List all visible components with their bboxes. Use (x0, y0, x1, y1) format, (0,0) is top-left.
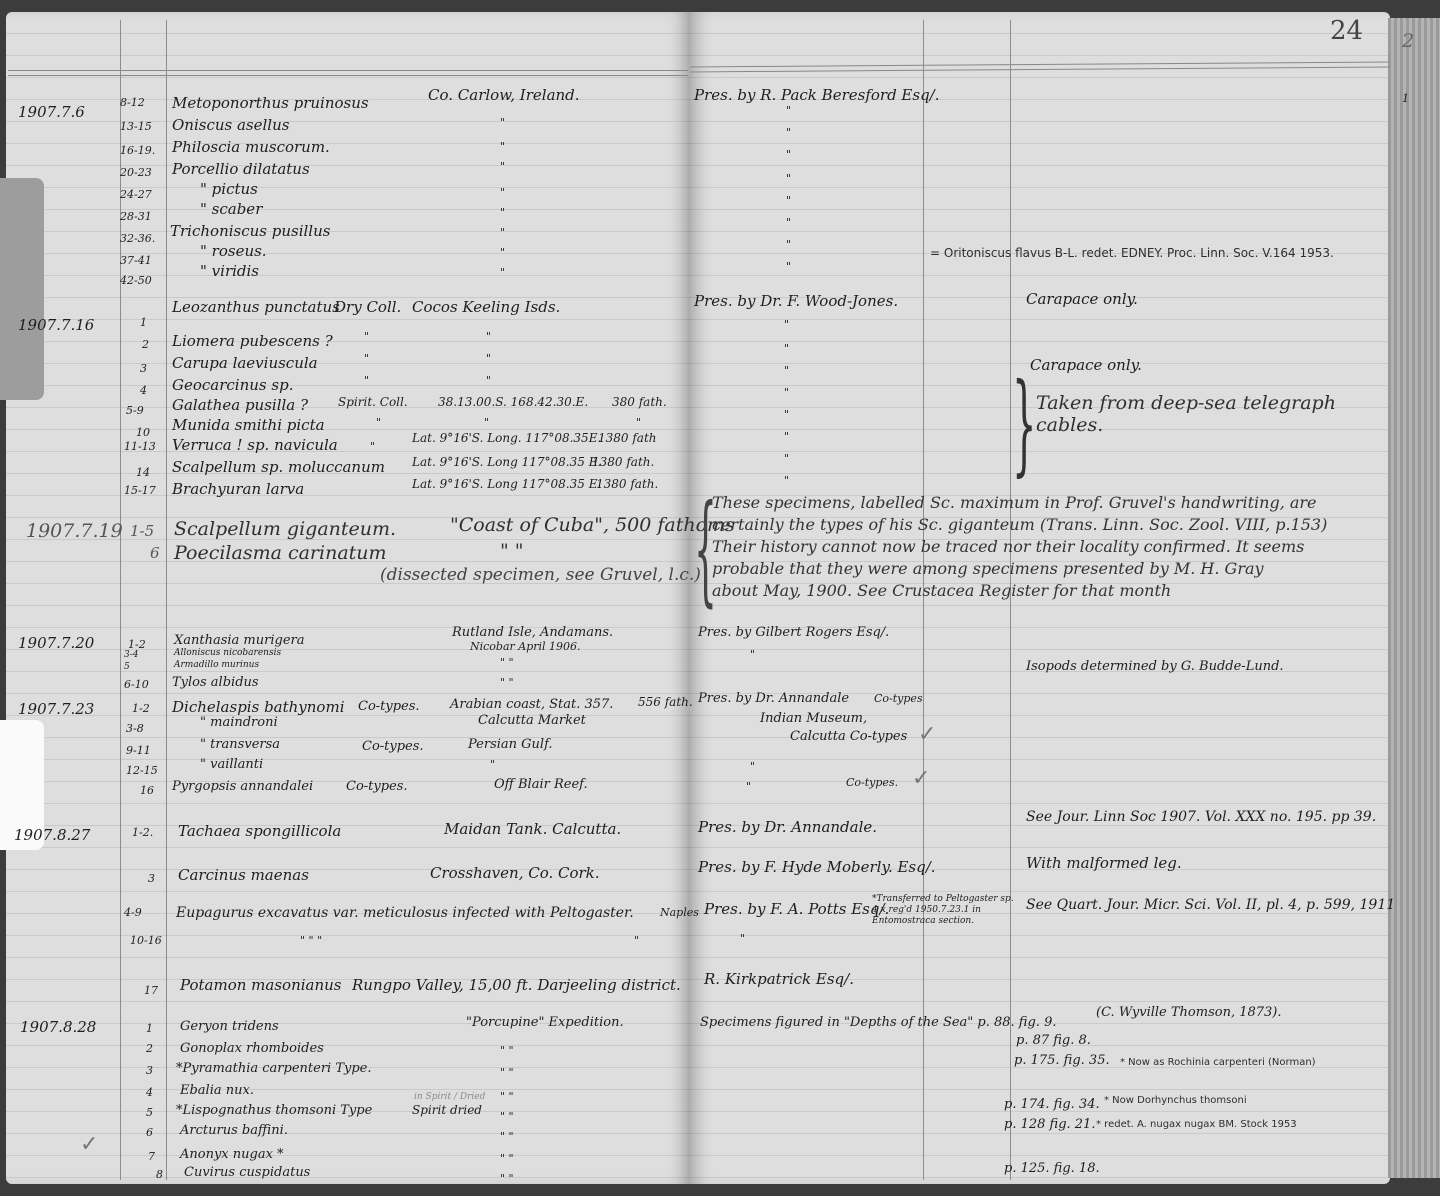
bracket: } (1012, 368, 1037, 478)
donor: Pres. by R. Pack Beresford Esq/. (694, 86, 940, 104)
reg-number: 4-9 (124, 906, 142, 919)
entry-date: 1907.7.20 (18, 634, 94, 652)
ditto-locality: " (500, 206, 505, 219)
next-page-number: 2 (1402, 30, 1414, 52)
species-name: Porcellio dilatatus (172, 160, 310, 178)
species-name: Trichoniscus pusillus (170, 222, 330, 240)
donor: R. Kirkpatrick Esq/. (704, 970, 854, 988)
species-name: Liomera pubescens ? (172, 332, 333, 350)
species-name: " scaber (200, 200, 262, 218)
figure-ref: p. 125. fig. 18. (1004, 1162, 1100, 1175)
remark: (C. Wyville Thomson, 1873). (1096, 1006, 1282, 1019)
ditto: " (364, 352, 369, 365)
locality: Nicobar April 1906. (470, 640, 581, 653)
preservation: Spirit dried (412, 1104, 482, 1117)
donor-column-line (923, 20, 924, 1180)
figure-ref: p. 128 fig. 21. (1004, 1118, 1095, 1131)
ditto: " (486, 330, 491, 343)
sub-note: (dissected specimen, see Gruvel, l.c.) (380, 566, 701, 584)
ditto-locality: " (500, 116, 505, 129)
donor: Pres. by F. Hyde Moberly. Esq/. (698, 858, 936, 876)
checkmark-icon: ✓ (912, 766, 930, 791)
remark: * Now Dorhynchus thomsoni (1104, 1094, 1247, 1107)
species-name: " roseus. (200, 242, 267, 260)
ditto: " (750, 648, 755, 661)
ditto: " (486, 352, 491, 365)
entry-date: 1907.7.6 (18, 103, 85, 121)
locality: Co. Carlow, Ireland. (428, 86, 580, 104)
ditto-donor: " (786, 238, 791, 251)
entry-date: 1907.8.27 (14, 826, 90, 844)
preservation: Dry Coll. (334, 298, 401, 316)
species-name: Eupagurus excavatus var. meticulosus inf… (176, 904, 634, 922)
reg-number: 37-41 (120, 254, 152, 267)
entry-date: 1907.8.28 (20, 1018, 96, 1036)
type-status: Co-types. (362, 740, 424, 753)
ditto-locality: " (500, 226, 505, 239)
ditto: " (746, 780, 751, 793)
ditto: " (784, 342, 789, 355)
remark: Carapace only. (1026, 290, 1138, 308)
donor: Calcutta Co-types (790, 730, 907, 743)
ditto: " " (500, 1110, 514, 1123)
remark: * redet. A. nugax nugax BM. Stock 1953 (1096, 1118, 1297, 1131)
ditto-donor: " (786, 216, 791, 229)
reg-number: 7 (148, 1150, 155, 1163)
locality: "Coast of Cuba", 500 fathoms (450, 514, 735, 536)
species-name: Philoscia muscorum. (172, 138, 330, 156)
ditto: " " " (300, 934, 322, 947)
reg-number: 4 (146, 1086, 153, 1099)
reg-number: 16-19. (120, 144, 155, 157)
species-name: Munida smithi picta (172, 416, 325, 434)
species-name: Carcinus maenas (178, 866, 309, 884)
reg-number: 1-5 (130, 522, 154, 540)
remark: With malformed leg. (1026, 854, 1182, 872)
preservation: Spirit. Coll. (338, 396, 408, 409)
depth: 1380 fath. (596, 478, 658, 491)
ditto: " (784, 430, 789, 443)
note-line: Their history cannot now be traced nor t… (712, 538, 1304, 556)
ditto-donor: " (786, 148, 791, 161)
margin-mark: 1 (1402, 92, 1409, 105)
locality: Rutland Isle, Andamans. (452, 626, 613, 639)
locality: Off Blair Reef. (494, 778, 588, 791)
locality: Maidan Tank. Calcutta. (444, 820, 621, 838)
reg-number: 11-13 (124, 440, 156, 453)
reg-number: 6-10 (124, 678, 149, 691)
species-name: Cuvirus cuspidatus (184, 1166, 310, 1179)
ditto: " " (500, 1090, 514, 1103)
reg-number: 20-23 (120, 166, 152, 179)
page-number: 24 (1330, 16, 1363, 46)
reg-number: 32-36. (120, 232, 155, 245)
donor-note: Co-types. (846, 776, 898, 789)
entry-date: 1907.7.23 (18, 700, 94, 718)
ditto: " (484, 416, 489, 429)
figure-ref: p. 87 fig. 8. (1016, 1034, 1091, 1047)
ditto-donor: " (786, 126, 791, 139)
reg-number: 2 (146, 1042, 153, 1055)
locality: Lat. 9°16'S. Long 117°08.35 E. (412, 478, 601, 491)
reg-number: 42-50 (120, 274, 152, 287)
ditto: " (740, 932, 745, 945)
ditto: " (784, 408, 789, 421)
species-name: *Pyramathia carpenteri Type. (176, 1062, 372, 1075)
locality: Arabian coast, Stat. 357. (450, 698, 613, 711)
locality: Lat. 9°16'S. Long 117°08.35 E. (412, 456, 601, 469)
ditto-donor: " (786, 194, 791, 207)
entry-date: 1907.7.16 (18, 316, 94, 334)
donor: Pres. by Dr. Annandale (698, 692, 849, 705)
ditto: " (784, 386, 789, 399)
donor: Pres. by Gilbert Rogers Esq/. (698, 626, 889, 639)
ditto-locality: " (500, 140, 505, 153)
depth: 1380 fath (598, 432, 657, 445)
ditto-locality: " (500, 266, 505, 279)
remark: * Now as Rochinia carpenteri (Norman) (1120, 1056, 1316, 1069)
ditto-donor: " (786, 260, 791, 273)
note-line: about May, 1900. See Crustacea Register … (712, 582, 1171, 600)
species-name: " pictus (200, 180, 258, 198)
donor-note: Co-types (874, 692, 923, 705)
species-name: Armadillo murinus (174, 660, 259, 671)
ditto: " " (500, 656, 514, 669)
ditto: " (784, 452, 789, 465)
reg-number: 9-11 (126, 744, 151, 757)
figure-ref: p. 174. fig. 34. (1004, 1098, 1100, 1111)
transfer-note: *Transferred to Peltogaster sp. 4 x reg'… (872, 894, 1020, 927)
note-line: These specimens, labelled Sc. maximum in… (712, 494, 1317, 512)
checkmark-icon: ✓ (80, 1132, 98, 1157)
bracket-note: Taken from deep-sea telegraph cables. (1036, 392, 1376, 436)
species-name: *Lispognathus thomsoni Type (176, 1104, 372, 1117)
ditto-locality: " (500, 160, 505, 173)
depth: 556 fath. (638, 696, 693, 709)
reg-number: 3-8 (126, 722, 144, 735)
ditto: " (364, 330, 369, 343)
ditto: " " (500, 1066, 514, 1079)
depth: 1380 fath. (592, 456, 654, 469)
ditto: " (364, 374, 369, 387)
species-name: Alloniscus nicobarensis (174, 648, 281, 659)
species-name: Anonyx nugax * (180, 1148, 284, 1161)
locality: Cocos Keeling Isds. (412, 298, 560, 316)
remarks-column-line (1010, 20, 1011, 1180)
remark: Carapace only. (1030, 356, 1142, 374)
reg-number: 6 (146, 1126, 153, 1139)
species-name: Gonoplax rhomboides (180, 1042, 324, 1055)
number-column-line (166, 20, 167, 1180)
figure-ref: p. 175. fig. 35. (1014, 1054, 1110, 1067)
reg-number: 1 (146, 1022, 153, 1035)
species-name: Tachaea spongillicola (178, 822, 341, 840)
species-name: " maindroni (200, 716, 278, 729)
note-line: probable that they were among specimens … (712, 560, 1264, 578)
reg-number: 5 (124, 662, 130, 673)
ditto: " (784, 474, 789, 487)
reg-number: 15-17 (124, 484, 156, 497)
locality: "Porcupine" Expedition. (466, 1016, 624, 1029)
species-name: Dichelaspis bathynomi (172, 698, 345, 716)
locality: Crosshaven, Co. Cork. (430, 864, 600, 882)
reg-number: 17 (144, 984, 158, 997)
ditto: " (784, 318, 789, 331)
donor: Pres. by Dr. Annandale. (698, 818, 877, 836)
reg-number: 2 (142, 338, 149, 351)
ditto: " (634, 934, 639, 947)
open-ledger: 24 2 1 1907.7.6 8-12 Metoponorthus pruin… (0, 0, 1440, 1196)
species-name: Oniscus asellus (172, 116, 289, 134)
type-status: Co-types. (346, 780, 408, 793)
header-rule-left (8, 70, 688, 76)
pencil-annotation: in Spirit / Dried (414, 1092, 485, 1103)
ditto-donor: " (786, 104, 791, 117)
reg-number: 1-2 (132, 702, 150, 715)
ditto: " " (500, 676, 514, 689)
species-name: Leozanthus punctatus (172, 298, 340, 316)
reg-number: 3 (140, 362, 147, 375)
ditto: " " (500, 540, 524, 562)
reg-number: 6 (150, 544, 160, 562)
reg-number: 8 (156, 1168, 163, 1181)
reg-number: 3 (146, 1064, 153, 1077)
reg-number: 1 (140, 316, 147, 329)
remark: Isopods determined by G. Budde-Lund. (1026, 660, 1284, 673)
depth: 380 fath. (612, 396, 667, 409)
ditto: " (486, 374, 491, 387)
ditto: " " (500, 1172, 514, 1185)
ditto: " (636, 416, 641, 429)
reg-number: 4 (140, 384, 147, 397)
reg-number: 24-27 (120, 188, 152, 201)
species-name: " viridis (200, 262, 259, 280)
reg-number: 3 (148, 872, 155, 885)
locality: Persian Gulf. (468, 738, 553, 751)
species-name: Poecilasma carinatum (174, 542, 387, 564)
reg-number: 8-12 (120, 96, 145, 109)
species-name: Scalpellum giganteum. (174, 518, 396, 540)
ditto-donor: " (786, 172, 791, 185)
ditto: " (376, 416, 381, 429)
locality: Lat. 9°16'S. Long. 117°08.35E. (412, 432, 601, 445)
locality: Rungpo Valley, 15,00 ft. Darjeeling dist… (352, 976, 681, 994)
ditto: " (784, 364, 789, 377)
locality: 38.13.00.S. 168.42.30.E. (438, 396, 588, 409)
reg-number: 1-2. (132, 826, 153, 839)
species-name: Tylos albidus (172, 676, 259, 689)
reg-number: 5-9 (126, 404, 144, 417)
reg-number: 5 (146, 1106, 153, 1119)
reg-number: 10-16 (130, 934, 162, 947)
reg-number: 14 (136, 466, 150, 479)
checkmark-icon: ✓ (918, 722, 936, 747)
reg-number: 16 (140, 784, 154, 797)
species-name: Xanthasia murigera (174, 634, 305, 647)
remark: See Quart. Jour. Micr. Sci. Vol. II, pl.… (1026, 896, 1395, 914)
ditto: " (750, 760, 755, 773)
species-name: Ebalia nux. (180, 1084, 254, 1097)
ditto: " (370, 440, 375, 453)
remark-redetermination: = Oritoniscus flavus B-L. redet. EDNEY. … (930, 244, 1334, 262)
ditto-locality: " (500, 246, 505, 259)
remark: See Jour. Linn Soc 1907. Vol. XXX no. 19… (1026, 808, 1376, 826)
ditto: " " (500, 1130, 514, 1143)
species-name: Galathea pusilla ? (172, 396, 308, 414)
species-name: Potamon masonianus (180, 976, 341, 994)
species-name: Brachyuran larva (172, 480, 304, 498)
reg-number: 12-15 (126, 764, 158, 777)
reg-number: 10 (136, 426, 150, 439)
species-name: Metoponorthus pruinosus (172, 94, 369, 112)
ditto: " (490, 758, 495, 771)
locality: Calcutta Market (478, 714, 586, 727)
entry-date: 1907.7.19 (26, 520, 123, 542)
locality: Naples (660, 906, 699, 919)
page-edges (1388, 18, 1440, 1178)
donor: Specimens figured in "Depths of the Sea"… (700, 1016, 1056, 1029)
index-tab[interactable] (0, 178, 44, 400)
ditto: " " (500, 1152, 514, 1165)
donor: Indian Museum, (760, 712, 867, 725)
ditto: " " (500, 1044, 514, 1057)
species-name: Arcturus baffini. (180, 1124, 288, 1137)
species-name: Pyrgopsis annandalei (172, 780, 313, 793)
note-line: certainly the types of his Sc. giganteum… (712, 516, 1327, 534)
species-name: " vaillanti (200, 758, 263, 771)
donor: Pres. by F. A. Potts Esq/. (704, 900, 889, 918)
species-name: Verruca ! sp. navicula (172, 436, 338, 454)
species-name: Geryon tridens (180, 1020, 279, 1033)
species-name: Scalpellum sp. moluccanum (172, 458, 385, 476)
type-status: Co-types. (358, 700, 420, 713)
reg-number: 28-31 (120, 210, 152, 223)
donor: Pres. by Dr. F. Wood-Jones. (694, 292, 898, 310)
reg-number: 3-4 (124, 650, 139, 661)
species-name: Carupa laeviuscula (172, 354, 318, 372)
left-page (6, 12, 690, 1184)
species-name: Geocarcinus sp. (172, 376, 293, 394)
species-name: " transversa (200, 738, 280, 751)
ditto-locality: " (500, 186, 505, 199)
reg-number: 13-15 (120, 120, 152, 133)
